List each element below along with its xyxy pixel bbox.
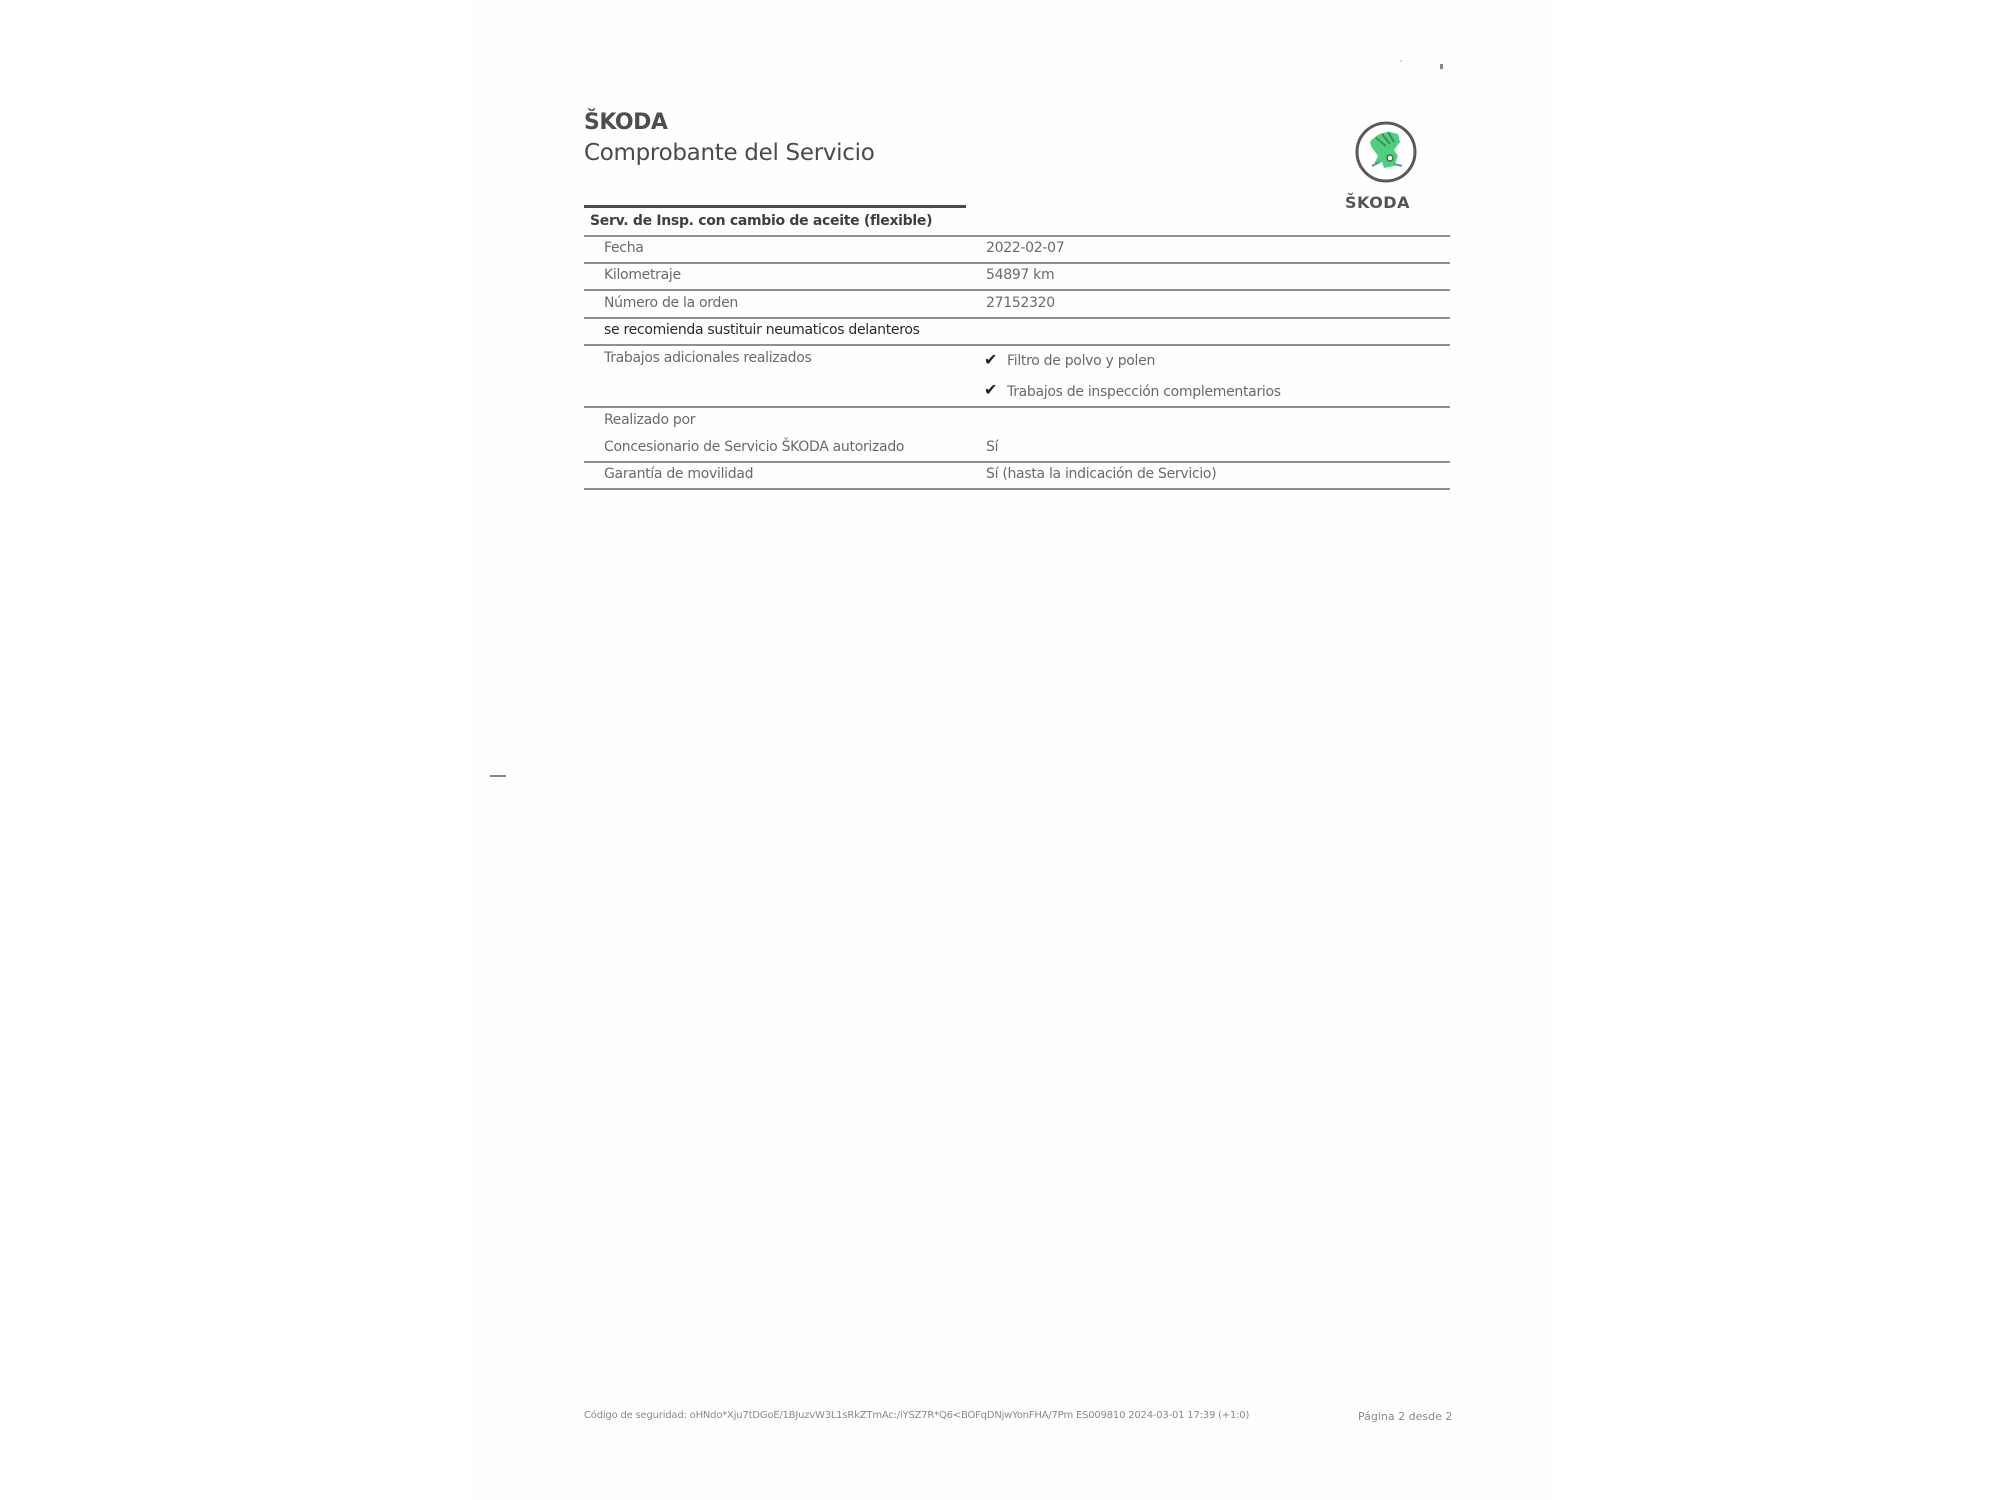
checkmark-icon: ✔: [984, 350, 997, 369]
scan-mark: [490, 775, 506, 777]
row-divider: [584, 344, 1450, 346]
brand-name: ŠKODA: [584, 110, 667, 135]
additional-work-item: Trabajos de inspección complementarios: [1007, 384, 1281, 400]
additional-work-label: Trabajos adicionales realizados: [604, 350, 812, 366]
mobility-value: Sí (hasta la indicación de Servicio): [986, 466, 1216, 482]
checkmark-icon: ✔: [984, 380, 997, 399]
row-divider: [584, 461, 1450, 463]
security-code: Código de seguridad: oHNdo*Xju7tDGoE/1BJ…: [584, 1410, 1249, 1421]
row-divider: [584, 406, 1450, 408]
section-divider: [584, 205, 966, 208]
row-divider: [584, 317, 1450, 319]
performed-by-label: Realizado por: [604, 412, 695, 428]
mobility-label: Garantía de movilidad: [604, 466, 753, 482]
date-value: 2022-02-07: [986, 240, 1064, 256]
date-label: Fecha: [604, 240, 644, 256]
dealer-label: Concesionario de Servicio ŠKODA autoriza…: [604, 439, 904, 455]
mileage-value: 54897 km: [986, 267, 1054, 283]
dealer-value: Sí: [986, 439, 998, 455]
scan-speck: [1440, 64, 1443, 69]
recommendation-note: se recomienda sustituir neumaticos delan…: [604, 322, 920, 338]
row-divider: [584, 488, 1450, 490]
page-number: Página 2 desde 2: [1358, 1410, 1452, 1423]
row-divider: [584, 262, 1450, 264]
additional-work-item: Filtro de polvo y polen: [1007, 353, 1155, 369]
row-divider: [584, 289, 1450, 291]
logo-wordmark: ŠKODA: [1345, 193, 1410, 212]
mileage-label: Kilometraje: [604, 267, 681, 283]
row-divider: [584, 235, 1450, 237]
order-number-value: 27152320: [986, 295, 1055, 311]
document-title: Comprobante del Servicio: [584, 140, 874, 166]
order-number-label: Número de la orden: [604, 295, 738, 311]
skoda-logo-icon: [1354, 120, 1418, 184]
service-title: Serv. de Insp. con cambio de aceite (fle…: [590, 213, 932, 229]
scan-speck: [1400, 60, 1402, 62]
